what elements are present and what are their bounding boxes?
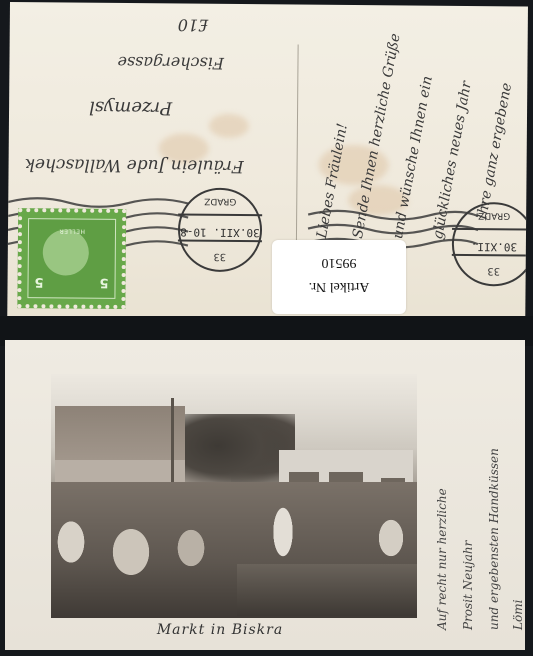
stamp-frame: 5 5 HELLER — [27, 218, 116, 299]
stamp-portrait-icon — [43, 229, 89, 275]
postcard-front: Markt in Biskra Auf recht nur herzliche … — [5, 340, 525, 650]
side-message-line: Lömi — [495, 350, 515, 640]
photo-caption: Markt in Biskra — [5, 622, 435, 638]
postage-stamp: 5 5 HELLER — [17, 208, 126, 309]
article-label-title: Artikel Nr. — [272, 278, 406, 294]
foreground-wall — [237, 564, 417, 616]
market-photo — [51, 374, 417, 618]
postcard-back: £10 Fischergasse Przemysl Fräulein Jude … — [7, 2, 528, 331]
stamp-value-right: 5 — [34, 274, 43, 289]
article-number: 99510 — [272, 254, 406, 270]
postmark-location: GRADZ — [180, 195, 260, 206]
side-message-line: Prosit Neujahr — [445, 350, 465, 640]
postmark-date: 30.XII. 10-8 — [180, 225, 260, 239]
article-number-label: 99510 Artikel Nr. — [272, 240, 406, 314]
side-message-line: Auf recht nur herzliche — [419, 350, 439, 640]
stamp-value-left: 5 — [99, 275, 108, 290]
side-message-text: Lömi — [511, 600, 525, 630]
address-line-3: Fischergasse — [117, 53, 224, 73]
side-message-line: und ergebensten Handküssen — [471, 350, 491, 640]
postmark-number: 33 — [454, 265, 528, 277]
corner-note: £10 — [178, 15, 209, 34]
stain — [209, 114, 249, 138]
stamp-country-text: HELLER — [29, 227, 115, 235]
postmark-location: GRADZ — [454, 210, 528, 221]
address-line-1: Fräulein Jude Wallaschek — [24, 154, 243, 176]
postmark: 33 30.XII. 10-8 GRADZ — [178, 187, 263, 272]
postmark-number: 33 — [180, 250, 260, 262]
postmark-date: 30.XII. — [454, 240, 528, 254]
postmark: 33 30.XII. GRADZ — [452, 202, 528, 287]
address-line-2: Przemysl — [89, 97, 172, 119]
